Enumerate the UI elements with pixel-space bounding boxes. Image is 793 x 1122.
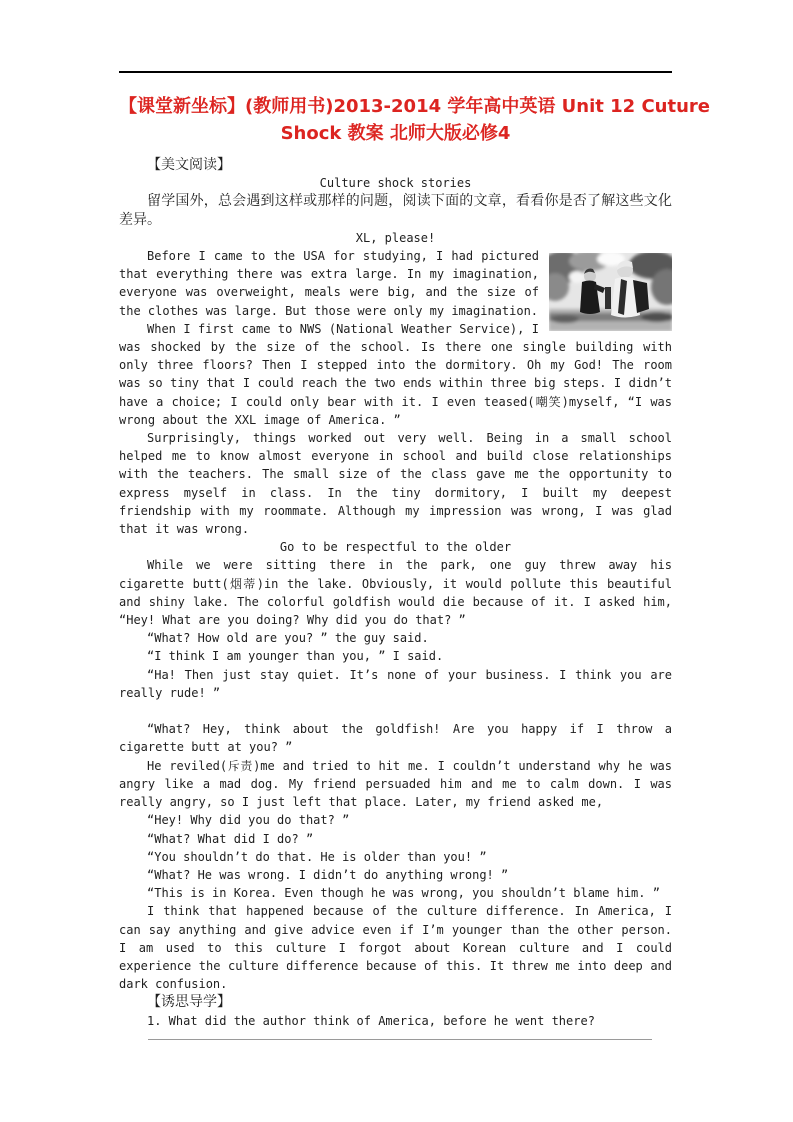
dialogue-line: “What? What did I do? ” [119,830,672,848]
paragraph-reviled: He reviled(斥责)me and tried to hit me. I … [119,757,672,812]
blank-line [119,702,672,720]
paragraph-what-hey: “What? Hey, think about the goldfish! Ar… [119,720,672,756]
page-title-line1: 【课堂新坐标】(教师用书)2013-2014 学年高中英语 Unit 12 Cu… [119,93,672,120]
dialogue-line: “You shouldn’t do that. He is older than… [119,848,672,866]
top-divider [119,71,672,73]
page-title-line2: Shock 教案 北师大版必修4 [119,120,672,147]
dialogue-line: “I think I am younger than you, ” I said… [119,647,672,665]
dialogue-line: “What? How old are you? ” the guy said. [119,629,672,647]
story-title: Culture shock stories [119,174,672,192]
dialogue-line: “Hey! Why did you do that? ” [119,811,672,829]
students-photo [549,253,672,331]
subtitle-respect-older: Go to be respectful to the older [119,538,672,556]
dialogue-line: “What? He was wrong. I didn’t do anythin… [119,866,672,884]
subtitle-xl-please: XL, please! [119,229,672,247]
students-photo-image [549,253,672,331]
paragraph-while-park: While we were sitting there in the park,… [119,556,672,629]
section-label-guide: 【诱思导学】 [119,993,672,1011]
section-label-reading: 【美文阅读】 [119,156,672,174]
text-column: 【课堂新坐标】(教师用书)2013-2014 学年高中英语 Unit 12 Cu… [119,71,672,1040]
bottom-divider [148,1039,652,1040]
dialogue-line: “Ha! Then just stay quiet. It’s none of … [119,666,672,702]
page-title: 【课堂新坐标】(教师用书)2013-2014 学年高中英语 Unit 12 Cu… [119,93,672,147]
document-page: 【课堂新坐标】(教师用书)2013-2014 学年高中英语 Unit 12 Cu… [0,0,793,1122]
paragraph-surprisingly: Surprisingly, things worked out very wel… [119,429,672,538]
paragraph-conclusion: I think that happened because of the cul… [119,902,672,993]
dialogue-line: “This is in Korea. Even though he was wr… [119,884,672,902]
paragraph-when-nws: When I first came to NWS (National Weath… [119,320,672,429]
question-1: 1. What did the author think of America,… [119,1012,672,1030]
intro-paragraph-cn: 留学国外，总会遇到这样或那样的问题，阅读下面的文章，看看你是否了解这些文化差异。 [119,192,672,228]
